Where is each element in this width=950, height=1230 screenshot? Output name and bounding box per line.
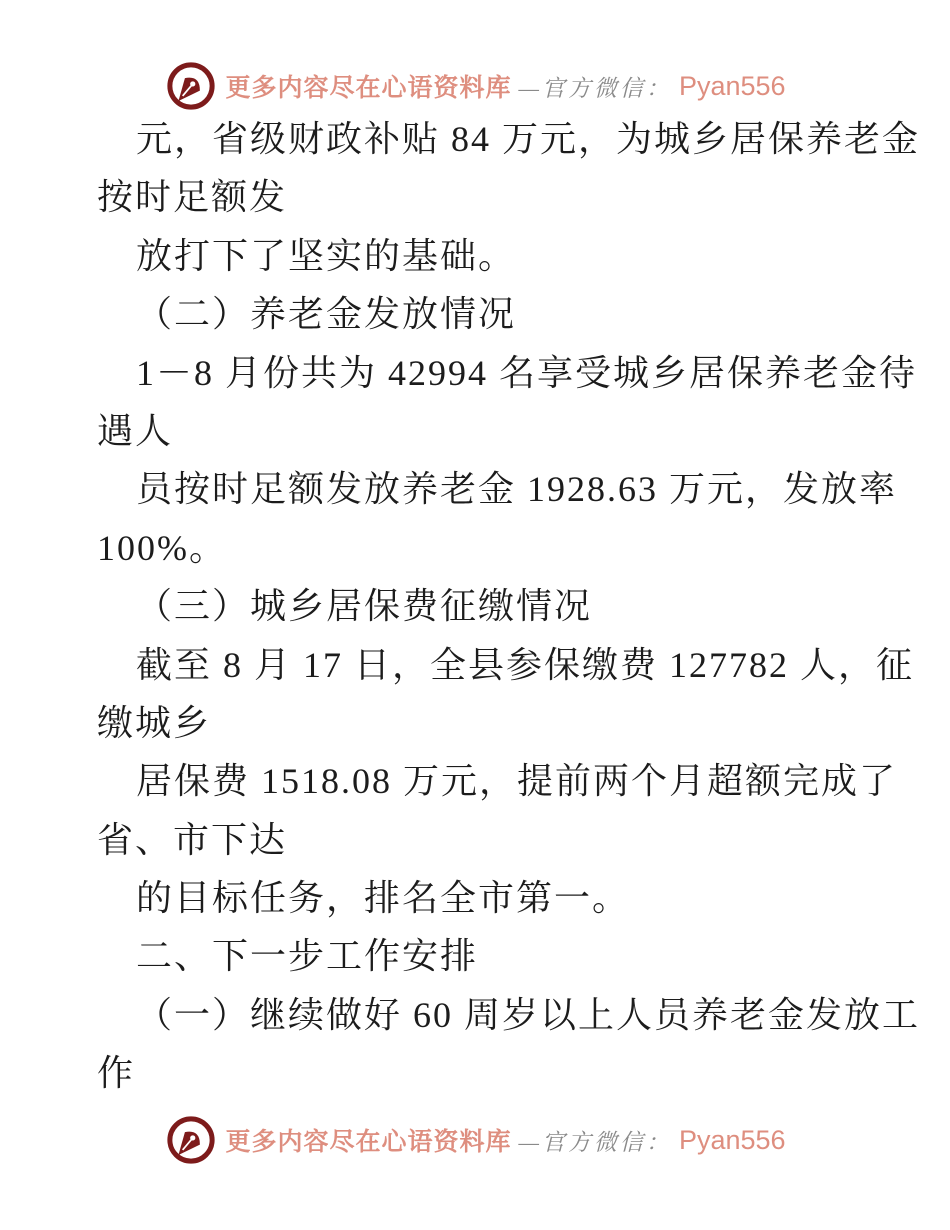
text-line: 放打下了坚实的基础。 — [97, 227, 920, 285]
text-line: （三）城乡居保费征缴情况 — [97, 577, 920, 635]
text-line: 遇人 — [97, 402, 920, 460]
footer-watermark: 更多内容尽在心语资料库 —官方微信： Pyan556 — [0, 1114, 950, 1166]
watermark-brand-text: 更多内容尽在心语资料库 — [225, 68, 511, 104]
watermark-wechat-account: Pyan556 — [679, 1125, 786, 1156]
text-line: （一）继续做好 60 周岁以上人员养老金发放工 — [97, 986, 920, 1044]
document-body: 元，省级财政补贴 84 万元，为城乡居保养老金按时足额发放打下了坚实的基础。（二… — [97, 110, 920, 1103]
text-line: （二）养老金发放情况 — [97, 285, 920, 343]
text-line: 的目标任务，排名全市第一。 — [97, 869, 920, 927]
watermark-brand-text: 更多内容尽在心语资料库 — [225, 1122, 511, 1158]
pen-nib-circle-icon — [164, 1114, 218, 1166]
text-line: 1－8 月份共为 42994 名享受城乡居保养老金待 — [97, 344, 920, 402]
text-line: 省、市下达 — [97, 811, 920, 869]
header-watermark: 更多内容尽在心语资料库 —官方微信： Pyan556 — [0, 60, 950, 112]
text-line: 二、下一步工作安排 — [97, 927, 920, 985]
text-line: 员按时足额发放养老金 1928.63 万元，发放率 — [97, 460, 920, 518]
text-line: 元，省级财政补贴 84 万元，为城乡居保养老金 — [97, 110, 920, 168]
text-line: 作 — [97, 1044, 920, 1102]
document-page: 更多内容尽在心语资料库 —官方微信： Pyan556 元，省级财政补贴 84 万… — [0, 0, 950, 1230]
pen-nib-circle-icon — [164, 60, 218, 112]
watermark-wechat-label: —官方微信： — [518, 70, 671, 103]
text-line: 截至 8 月 17 日，全县参保缴费 127782 人，征 — [97, 636, 920, 694]
watermark-wechat-account: Pyan556 — [679, 71, 786, 102]
text-line: 居保费 1518.08 万元，提前两个月超额完成了 — [97, 752, 920, 810]
watermark-wechat-label: —官方微信： — [518, 1124, 671, 1157]
text-line: 100%。 — [97, 519, 920, 577]
text-line: 按时足额发 — [97, 168, 920, 226]
text-line: 缴城乡 — [97, 694, 920, 752]
